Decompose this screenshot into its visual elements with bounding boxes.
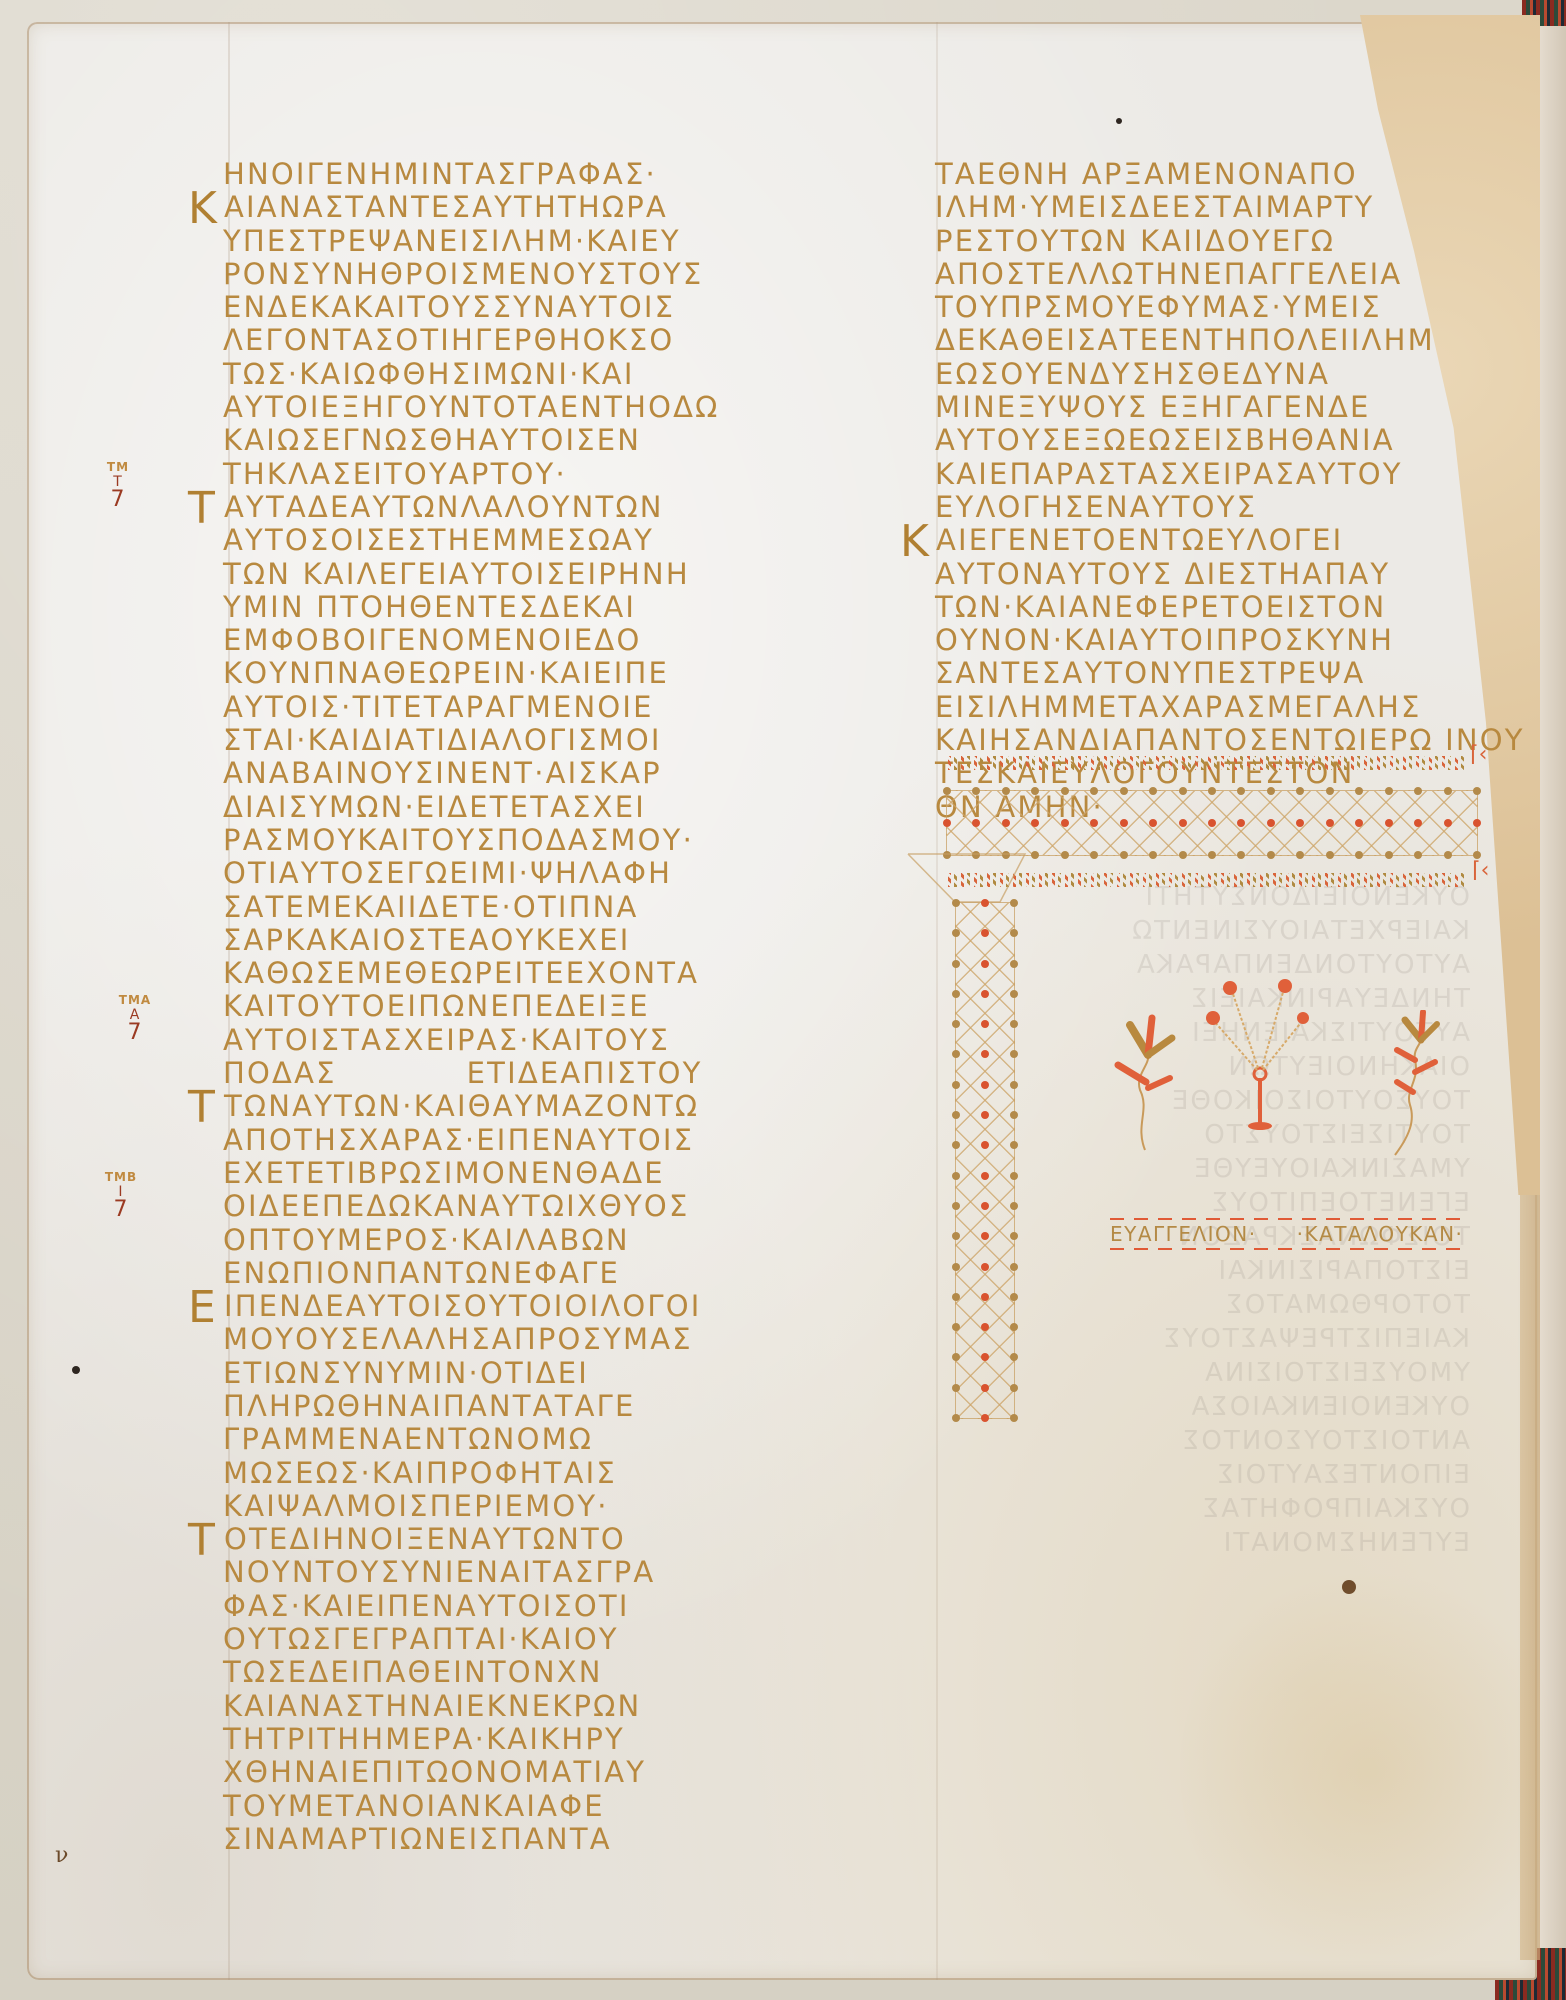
lattice-dot [1267,819,1275,827]
lattice-dot [952,1353,960,1361]
text-line: ΚΑΙΤΟΥΤΟΕΙΠΩΝΕΠΕΔΕΙΞΕ [223,990,720,1023]
eusebian-section-number: ΤΜΑ Α 7 [114,993,156,1043]
text-line: ΤΩΝ·ΚΑΙΑΝΕΦΕΡΕΤΟΕΙΣΤΟΝ [935,591,1525,624]
lattice-dot [1090,787,1098,795]
lattice-dot [952,1263,960,1271]
lattice-dot [1237,787,1245,795]
text-line-with-initial: ΚΑΙΑΝΑΣΤΑΝΤΕΣΑΥΤΗΤΗΩΡΑ [188,191,720,224]
text-line: ΤΟΥΜΕΤΑΝΟΙΑΝΚΑΙΑΦΕ [223,1790,720,1823]
branch-ornament-left [1110,1010,1180,1155]
enlarged-initial: Κ [900,525,932,558]
lattice-dot [1149,819,1157,827]
text-line-with-initial: ΚΑΙΕΓΕΝΕΤΟΕΝΤΩΕΥΛΟΓΕΙ [900,524,1525,557]
text-line: ΦΑΣ·ΚΑΙΕΙΠΕΝΑΥΤΟΙΣΟΤΙ [223,1590,720,1623]
lattice-dots [956,903,1014,1418]
lattice-dot [1385,851,1393,859]
lattice-dot [981,1141,989,1149]
lattice-ornament-vertical [955,902,1015,1419]
tree-of-life-ornament [1195,970,1325,1130]
enlarged-initial: Κ [188,192,220,225]
lattice-dot [952,1141,960,1149]
text-line: ΔΕΚΑΘΕΙΣΑΤΕΕΝΤΗΠΟΛΕΙΙΛΗΜ [935,324,1525,357]
text-line: ΜΙΝΕΞΥΨΟΥΣ ΕΞΗΓΑΓΕΝΔΕ [935,391,1525,424]
text-line: ΧΘΗΝΑΙΕΠΙΤΩΟΝΟΜΑΤΙΑΥ [223,1756,720,1789]
text-line: ΚΑΙΕΠΑΡΑΣΤΑΣΧΕΙΡΑΣΑΥΤΟΥ [935,458,1525,491]
text-line: ΑΥΤΟΙΣΤΑΣΧΕΙΡΑΣ·ΚΑΙΤΟΥΣ [223,1024,720,1057]
text-line: ΑΥΤΟΙΕΞΗΓΟΥΝΤΟΤΑΕΝΤΗΟΔΩ [223,391,720,424]
lattice-dot [1444,787,1452,795]
lattice-dot [952,899,960,907]
text-line: ΣΤΑΙ·ΚΑΙΔΙΑΤΙΔΙΑΛΟΓΙΣΜΟΙ [223,724,720,757]
text-line: ΤΟΥΠΡΣΜΟΥΕΦΥΜΑΣ·ΥΜΕΙΣ [935,291,1525,324]
text-line: ΝΟΥΝΤΟΥΣΥΝΙΕΝΑΙΤΑΣΓΡΑ [223,1556,720,1589]
lattice-dot [1355,787,1363,795]
lattice-dot [1010,960,1018,968]
text-line: ΤΑΕΘΝΗ ΑΡΞΑΜΕΝΟΝΑΠΟ [935,158,1525,191]
band-end-mark: ⌈‹ [1470,742,1487,767]
lattice-dot [1326,819,1334,827]
lattice-dot [1208,851,1216,859]
lattice-dot [981,1111,989,1119]
text-line: ΚΑΙΑΝΑΣΤΗΝΑΙΕΚΝΕΚΡΩΝ [223,1690,720,1723]
lattice-dot [1061,851,1069,859]
lattice-dot [1444,819,1452,827]
lattice-dot [1444,851,1452,859]
lattice-dot [1031,787,1039,795]
lattice-dot [1267,787,1275,795]
text-line: ΤΩΝ ΚΑΙΛΕΓΕΙΑΥΤΟΙΣΕΙΡΗΝΗ [223,558,720,591]
lattice-dot [1120,787,1128,795]
lattice-dot [952,990,960,998]
lattice-dot [981,1323,989,1331]
right-text-column: ΤΑΕΘΝΗ ΑΡΞΑΜΕΝΟΝΑΠΟ ΙΛΗΜ·ΥΜΕΙΣΔΕΕΣΤΑΙΜΑΡ… [935,158,1525,824]
rubric-dashes [1110,1248,1463,1250]
lattice-dot [952,1293,960,1301]
enlarged-initial: Τ [188,492,220,525]
text-line: ΑΥΤΟΣΟΙΣΕΣΤΗΕΜΜΕΣΩΑΥ [223,524,720,557]
text-line: ΑΝΑΒΑΙΝΟΥΣΙΝΕΝΤ·ΑΙΣΚΑΡ [223,757,720,790]
text-line: ΜΩΣΕΩΣ·ΚΑΙΠΡΟΦΗΤΑΙΣ [223,1457,720,1490]
text-line-with-initial: ΕΙΠΕΝΔΕΑΥΤΟΙΣΟΥΤΟΙΟΙΛΟΓΟΙ [188,1290,720,1323]
text-line: ΗΝΟΙΓΕΝΗΜΙΝΤΑΣΓΡΑΦΑΣ· [223,158,720,191]
lattice-dot [1385,787,1393,795]
text-line: ΠΟΔΑΣΕΤΙΔΕΑΠΙΣΤΟΥ [223,1057,720,1090]
text-line: ΤΩΣΕΔΕΙΠΑΘΕΙΝΤΟΝΧΝ [223,1656,720,1689]
text-line: ΕΤΙΩΝΣΥΝΥΜΙΝ·ΟΤΙΔΕΙ [223,1357,720,1390]
text-line: ΕΥΛΟΓΗΣΕΝΑΥΤΟΥΣ [935,491,1525,524]
text-line: ΟΥΝΟΝ·ΚΑΙΑΥΤΟΙΠΡΟΣΚΥΝΗ [935,624,1525,657]
text-line-with-initial: ΤΑΥΤΑΔΕΑΥΤΩΝΛΑΛΟΥΝΤΩΝ [188,491,720,524]
lattice-dot [952,929,960,937]
lattice-dot [981,929,989,937]
lattice-dot [1031,819,1039,827]
text-line: ΟΠΤΟΥΜΕΡΟΣ·ΚΑΙΛΑΒΩΝ [223,1224,720,1257]
eusebian-section-number: ΤΜΒ Ι 7 [98,1170,144,1220]
lattice-dot [981,1050,989,1058]
text-line-with-initial: ΤΤΩΝΑΥΤΩΝ·ΚΑΙΘΑΥΜΑΖΟΝΤΩ [188,1090,720,1123]
lattice-dot [943,819,951,827]
lattice-dot [1002,819,1010,827]
text-line: ΟΤΙΑΥΤΟΣΕΓΩΕΙΜΙ·ΨΗΛΑΦΗ [223,857,720,890]
lattice-dot [981,1263,989,1271]
lattice-dot [1010,990,1018,998]
lattice-dot [1296,819,1304,827]
lattice-dot [1267,851,1275,859]
text-line: ΕΝΩΠΙΟΝΠΑΝΤΩΝΕΦΑΓΕ [223,1257,720,1290]
lattice-dot [1414,819,1422,827]
lattice-dot [1355,819,1363,827]
ink-speck [1116,118,1122,124]
text-line: ΡΟΝΣΥΝΗΘΡΟΙΣΜΕΝΟΥΣΤΟΥΣ [223,258,720,291]
quire-signature: ν [55,1843,68,1868]
text-line: ΚΑΙΩΣΕΓΝΩΣΘΗΑΥΤΟΙΣΕΝ [223,424,720,457]
text-line: ΡΑΣΜΟΥΚΑΙΤΟΥΣΠΟΔΑΣΜΟΥ· [223,824,720,857]
band-end-mark: ⌈‹ [1472,858,1489,883]
lattice-dot [981,960,989,968]
text-line: ΥΜΙΝ ΠΤΟΗΘΕΝΤΕΣΔΕΚΑΙ [223,591,720,624]
text-line: ΠΛΗΡΩΘΗΝΑΙΠΑΝΤΑΤΑΓΕ [223,1390,720,1423]
lattice-dot [981,990,989,998]
chevron-border-band [946,756,1466,770]
text-line: ΕΧΕΤΕΤΙΒΡΩΣΙΜΟΝΕΝΘΑΔΕ [223,1157,720,1190]
lattice-dot [1208,819,1216,827]
text-line: ΙΛΗΜ·ΥΜΕΙΣΔΕΕΣΤΑΙΜΑΡΤΥ [935,191,1525,224]
lattice-connector [900,850,1040,910]
lattice-dot [952,1081,960,1089]
lattice-dot [952,1414,960,1422]
lattice-dot [1010,1263,1018,1271]
lattice-dot [1010,1172,1018,1180]
text-line: ΚΑΙΗΣΑΝΔΙΑΠΑΝΤΟΣΕΝΤΩΙΕΡΩ ΙΝΟΥ [935,724,1525,757]
lattice-dot [1120,819,1128,827]
lattice-dot [952,1323,960,1331]
lattice-dot [981,1353,989,1361]
water-stain [1180,1560,1560,1980]
lattice-dot [952,1050,960,1058]
lattice-dot [1010,899,1018,907]
lattice-dot [943,787,951,795]
lattice-dot [981,1293,989,1301]
enlarged-initial: Τ [188,1091,220,1124]
lattice-dot [1010,1202,1018,1210]
text-line: ΔΙΑΙΣΥΜΩΝ·ΕΙΔΕΤΕΤΑΣΧΕΙ [223,791,720,824]
lattice-dot [1061,787,1069,795]
lattice-dot [981,899,989,907]
rubric-dashes [1110,1218,1463,1220]
text-line: ΕΩΣΟΥΕΝΔΥΣΗΣΘΕΔΥΝΑ [935,358,1525,391]
enlarged-initial: Τ [188,1524,220,1557]
text-line-with-initial: ΤΟΤΕΔΙΗΝΟΙΞΕΝΑΥΤΩΝΤΟ [188,1523,720,1556]
lattice-dots [947,791,1477,855]
lattice-dot [1326,851,1334,859]
text-line: ΛΕΓΟΝΤΑΣΟΤΙΗΓΕΡΘΗΟΚΣΟ [223,324,720,357]
text-line: ΑΠΟΣΤΕΛΛΩΤΗΝΕΠΑΓΓΕΛΕΙΑ [935,258,1525,291]
text-line: ΣΑΡΚΑΚΑΙΟΣΤΕΑΟΥΚΕΧΕΙ [223,924,720,957]
text-line: ΚΑΘΩΣΕΜΕΘΕΩΡΕΙΤΕΕΧΟΝΤΑ [223,957,720,990]
lattice-dot [1473,819,1481,827]
lattice-dot [981,1020,989,1028]
left-text-column: ΗΝΟΙΓΕΝΗΜΙΝΤΑΣΓΡΑΦΑΣ· ΚΑΙΑΝΑΣΤΑΝΤΕΣΑΥΤΗΤ… [223,158,720,1856]
lattice-dot [972,819,980,827]
lattice-dot [1179,787,1187,795]
binding-gutter [1538,26,1566,1948]
lattice-dot [1179,819,1187,827]
lattice-dot [981,1081,989,1089]
lattice-dot [1090,819,1098,827]
lattice-dot [1296,787,1304,795]
lattice-dot [1061,819,1069,827]
text-line: ΓΡΑΜΜΕΝΑΕΝΤΩΝΟΜΩ [223,1423,720,1456]
lattice-ornament-horizontal [946,790,1478,856]
lattice-dot [1208,787,1216,795]
text-line: ΚΑΙΨΑΛΜΟΙΣΠΕΡΙΕΜΟΥ· [223,1490,720,1523]
lattice-dot [981,1232,989,1240]
text-line: ΟΥΤΩΣΓΕΓΡΑΠΤΑΙ·ΚΑΙΟΥ [223,1623,720,1656]
lattice-dot [952,1111,960,1119]
lattice-dot [1149,787,1157,795]
lattice-dot [972,787,980,795]
lattice-dot [1010,1081,1018,1089]
text-line: ΤΗΤΡΙΤΗΗΜΕΡΑ·ΚΑΙΚΗΡΥ [223,1723,720,1756]
gospel-title-subscription: ΕΥΑΓΓΕΛΙΟΝ··ΚΑΤΑΛΟΥΚΑΝ· [1110,1222,1463,1246]
text-line: ΕΝΔΕΚΑΚΑΙΤΟΥΣΣΥΝΑΥΤΟΙΣ [223,291,720,324]
branch-ornament-right [1385,1010,1455,1160]
text-line: ΣΑΝΤΕΣΑΥΤΟΝΥΠΕΣΤΡΕΨΑ [935,657,1525,690]
lattice-dot [1010,1111,1018,1119]
lattice-dot [1385,819,1393,827]
text-line: ΤΩΣ·ΚΑΙΩΦΘΗΣΙΜΩΝΙ·ΚΑΙ [223,358,720,391]
text-line: ΤΗΚΛΑΣΕΙΤΟΥΑΡΤΟΥ· [223,458,720,491]
lattice-dot [1326,787,1334,795]
eusebian-section-number: ΤΜ Τ 7 [98,460,138,510]
lattice-dot [952,1232,960,1240]
text-line: ΣΑΤΕΜΕΚΑΙΙΔΕΤΕ·ΟΤΙΠΝΑ [223,891,720,924]
lattice-dot [1010,1293,1018,1301]
lattice-dot [1010,1384,1018,1392]
lattice-dot [952,1172,960,1180]
lattice-dot [981,1202,989,1210]
lattice-dot [1237,819,1245,827]
lattice-dot [981,1414,989,1422]
text-line: ΕΜΦΟΒΟΙΓΕΝΟΜΕΝΟΙΕΔΟ [223,624,720,657]
text-line: ΣΙΝΑΜΑΡΤΙΩΝΕΙΣΠΑΝΤΑ [223,1823,720,1856]
lattice-dot [981,1172,989,1180]
text-line: ΟΙΔΕΕΠΕΔΩΚΑΝΑΥΤΩΙΧΘΥΟΣ [223,1190,720,1223]
lattice-dot [1002,787,1010,795]
lattice-dot [1179,851,1187,859]
lattice-dot [1010,1414,1018,1422]
lattice-dot [952,1384,960,1392]
text-line: ΥΠΕΣΤΡΕΨΑΝΕΙΣΙΛΗΜ·ΚΑΙΕΥ [223,225,720,258]
lattice-dot [952,1202,960,1210]
text-line: ΜΟΥΟΥΣΕΛΑΛΗΣΑΠΡΟΣΥΜΑΣ [223,1323,720,1356]
lattice-dot [952,1020,960,1028]
text-line: ΑΠΟΤΗΣΧΑΡΑΣ·ΕΙΠΕΝΑΥΤΟΙΣ [223,1124,720,1157]
text-line: ΕΙΣΙΛΗΜΜΕΤΑΧΑΡΑΣΜΕΓΑΛΗΣ [935,691,1525,724]
text-line: ΑΥΤΟΝΑΥΤΟΥΣ ΔΙΕΣΤΗΑΠΑΥ [935,558,1525,591]
lattice-dot [1473,787,1481,795]
lattice-dot [1414,787,1422,795]
lattice-dot [981,1384,989,1392]
text-line: ΡΕΣΤΟΥΤΩΝ ΚΑΙΙΔΟΥΕΓΩ [935,225,1525,258]
enlarged-initial: Ε [188,1291,220,1324]
ink-speck [72,1366,80,1374]
text-line: ΑΥΤΟΥΣΕΞΩΕΩΣΕΙΣΒΗΘΑΝΙΑ [935,424,1525,457]
text-line: ΚΟΥΝΠΝΑΘΕΩΡΕΙΝ·ΚΑΙΕΙΠΕ [223,657,720,690]
text-line: ΑΥΤΟΙΣ·ΤΙΤΕΤΑΡΑΓΜΕΝΟΙΕ [223,691,720,724]
lattice-dot [952,960,960,968]
lattice-dot [1120,851,1128,859]
